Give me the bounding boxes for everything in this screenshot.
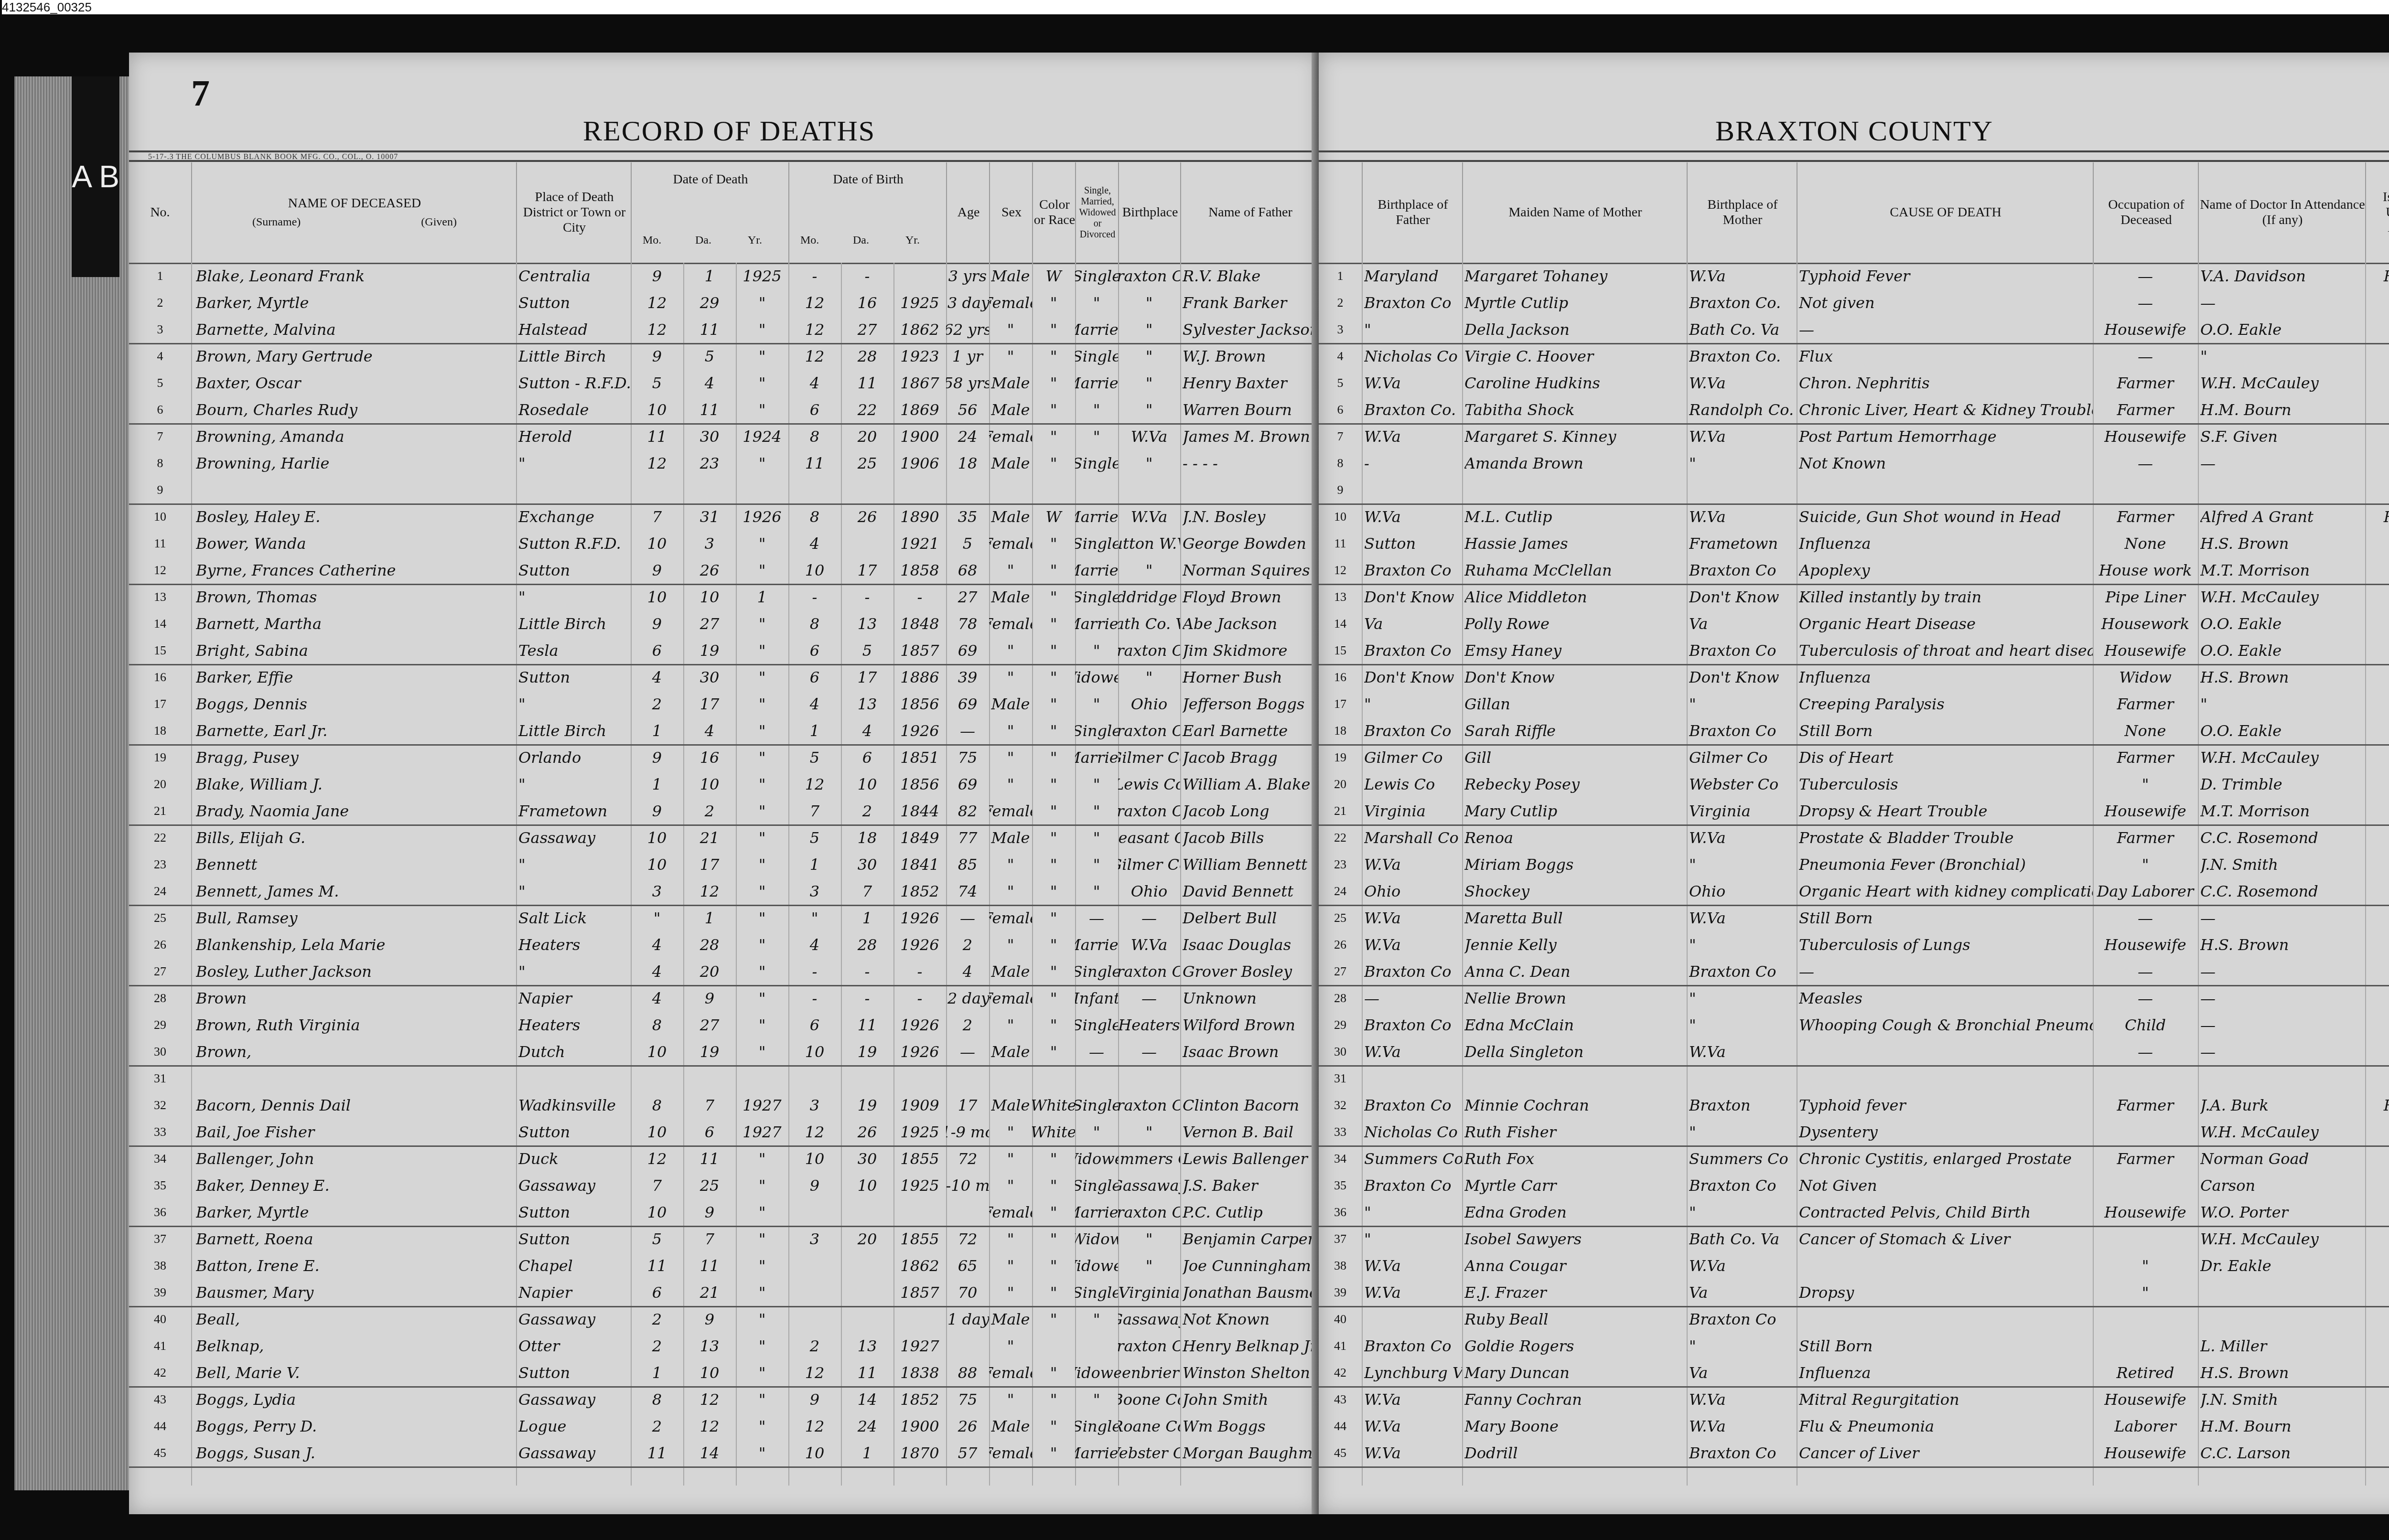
- cell-bm: [788, 1065, 841, 1092]
- cell-occ: [2093, 1333, 2198, 1359]
- cell-informant: ": [2365, 584, 2389, 610]
- cell-bm: 12: [788, 1413, 841, 1440]
- top-rule-2: [1319, 160, 2389, 162]
- cell-mother-bp: Gilmer Co: [1689, 744, 1797, 771]
- cell-mother: Alice Middleton: [1464, 584, 1687, 610]
- cell-name: Brown, Ruth Virginia: [196, 1012, 516, 1038]
- cell-cause: Flu & Pneumonia: [1799, 1413, 2093, 1440]
- cell-place: Sutton - R.F.D.: [518, 370, 631, 396]
- cell-bm: 11: [788, 450, 841, 477]
- cell-father: Jonathan Bausmer: [1183, 1279, 1319, 1306]
- cell-occ: —: [2093, 450, 2198, 477]
- left-record-row: 7Browning, AmandaHerold11301924820190024…: [129, 423, 1319, 450]
- cell-dy: 1927: [736, 1119, 788, 1145]
- cell-sex: Female: [989, 1199, 1032, 1226]
- cell-age: 39: [946, 664, 989, 691]
- cell-father-bp: Lynchburg Va: [1364, 1359, 1462, 1386]
- cell-sex: ": [989, 851, 1032, 878]
- cell-informant: ": [2365, 851, 2389, 878]
- cell-doctor: D. Trimble: [2200, 771, 2365, 798]
- cell-marital: ": [1075, 396, 1118, 423]
- cell-doctor: L. Miller: [2200, 1333, 2365, 1359]
- cell-dm: 4: [631, 958, 683, 985]
- cell-mother-bp: ": [1689, 1119, 1797, 1145]
- left-record-row: 12Byrne, Frances CatherineSutton926"1017…: [129, 557, 1319, 585]
- cell-dd: 4: [683, 717, 736, 744]
- left-record-row: 15Bright, SabinaTesla619"65185769"""Brax…: [129, 637, 1319, 665]
- cell-no: 26: [129, 931, 191, 958]
- cell-age: 69: [946, 691, 989, 717]
- cell-cause: Flux: [1799, 343, 2093, 370]
- cell-bm: 12: [788, 1119, 841, 1145]
- cell-place: Herold: [518, 423, 631, 450]
- left-record-row: 6Bourn, Charles RudyRosedale1011"6221869…: [129, 396, 1319, 425]
- cell-age: 77: [946, 824, 989, 851]
- cell-informant: ": [2365, 1226, 2389, 1252]
- header-name-label: NAME OF DECEASED: [288, 196, 421, 211]
- cell-dd: 25: [683, 1172, 736, 1199]
- cell-mother: E.J. Frazer: [1464, 1279, 1687, 1306]
- header-place: Place of Death District or Town or City: [516, 162, 632, 263]
- header-surname: (Surname): [252, 216, 301, 229]
- cell-no: 43: [129, 1386, 191, 1413]
- cell-bd: 11: [841, 370, 893, 396]
- cell-mother-bp: W.Va: [1689, 1038, 1797, 1065]
- cell-bp: W.Va: [1118, 931, 1180, 958]
- cell-bd: 18: [841, 824, 893, 851]
- cell-occ: Housewife: [2093, 1440, 2198, 1466]
- cell-occ: Housewife: [2093, 423, 2198, 450]
- cell-father-bp: Don't Know: [1364, 584, 1462, 610]
- cell-father-bp: Braxton Co: [1364, 717, 1462, 744]
- cell-no: 18: [1319, 717, 1362, 744]
- cell-dm: 7: [631, 503, 683, 530]
- cell-no: 17: [1319, 691, 1362, 717]
- cell-dd: 5: [683, 343, 736, 370]
- cell-cause: Measles: [1799, 985, 2093, 1012]
- cell-no: 32: [129, 1092, 191, 1119]
- cell-sex: ": [989, 771, 1032, 798]
- cell-cause: Dis of Heart: [1799, 744, 2093, 771]
- cell-no: 37: [129, 1226, 191, 1252]
- cell-by: 1921: [893, 530, 946, 557]
- cell-father: Isaac Douglas: [1183, 931, 1319, 958]
- cell-dy: ": [736, 1440, 788, 1466]
- cell-doctor: H.S. Brown: [2200, 664, 2365, 691]
- cell-marital: Widow: [1075, 1226, 1118, 1252]
- cell-by: 1925: [893, 1119, 946, 1145]
- cell-cause: Apoplexy: [1799, 557, 2093, 584]
- cell-bp: Braxton Co: [1118, 1333, 1180, 1359]
- cell-race: ": [1032, 771, 1075, 798]
- cell-age: 75: [946, 1386, 989, 1413]
- left-record-row: 20Blake, William J."110"1210185669"""Lew…: [129, 771, 1319, 798]
- cell-father: Wilford Brown: [1183, 1012, 1319, 1038]
- left-record-row: 32Bacorn, Dennis DailWadkinsville8719273…: [129, 1092, 1319, 1119]
- cell-mother: Ruth Fox: [1464, 1145, 1687, 1172]
- cell-bp: Webster Co: [1118, 1440, 1180, 1466]
- cell-no: 38: [1319, 1252, 1362, 1279]
- cell-age: 13 days: [946, 289, 989, 316]
- cell-bm: 8: [788, 503, 841, 530]
- cell-doctor: O.O. Eakle: [2200, 637, 2365, 664]
- right-record-row: 21VirginiaMary CutlipVirginiaDropsy & He…: [1319, 798, 2389, 826]
- cell-sex: Female: [989, 905, 1032, 931]
- cell-cause: Cancer of Stomach & Liver: [1799, 1226, 2093, 1252]
- left-record-row: 5Baxter, OscarSutton - R.F.D.54"41118675…: [129, 370, 1319, 396]
- cell-bd: -: [841, 263, 893, 289]
- cell-cause: Influenza: [1799, 530, 2093, 557]
- cell-mother: Margaret S. Kinney: [1464, 423, 1687, 450]
- cell-bp: Greenbrier Co: [1118, 1359, 1180, 1386]
- cell-dy: [736, 477, 788, 503]
- cell-cause: Whooping Cough & Bronchial Pneumonia: [1799, 1012, 2093, 1038]
- cell-bm: 6: [788, 1012, 841, 1038]
- cell-father-bp: Braxton Co: [1364, 1092, 1462, 1119]
- cell-occ: —: [2093, 263, 2198, 289]
- right-record-row: 7W.VaMargaret S. KinneyW.VaPost Partum H…: [1319, 423, 2389, 450]
- cell-name: Barnette, Malvina: [196, 316, 516, 343]
- cell-no: 1: [129, 263, 191, 289]
- cell-mother: Miriam Boggs: [1464, 851, 1687, 878]
- cell-name: Baxter, Oscar: [196, 370, 516, 396]
- left-record-row: 34Ballenger, JohnDuck1211"1030185572""Wi…: [129, 1145, 1319, 1172]
- cell-by: 1925: [893, 1172, 946, 1199]
- left-record-row: 21Brady, Naomia JaneFrametown92"72184482…: [129, 798, 1319, 826]
- cell-dm: 1: [631, 1359, 683, 1386]
- cell-dy: ": [736, 1145, 788, 1172]
- cell-place: Logue: [518, 1413, 631, 1440]
- left-record-row: 41Belknap,Otter213"2131927"Braxton CoHen…: [129, 1333, 1319, 1359]
- cell-sex: Female: [989, 289, 1032, 316]
- cell-dy: 1927: [736, 1092, 788, 1119]
- cell-name: Baker, Denney E.: [196, 1172, 516, 1199]
- cell-no: 23: [1319, 851, 1362, 878]
- cell-age: [946, 477, 989, 503]
- cell-bm: 7: [788, 798, 841, 824]
- cell-bd: 10: [841, 1172, 893, 1199]
- header-mother-birthplace: Birthplace of Mother: [1687, 162, 1797, 263]
- cell-bm: 3: [788, 1226, 841, 1252]
- cell-dd: 20: [683, 958, 736, 985]
- cell-no: 11: [1319, 530, 1362, 557]
- cell-sex: ": [989, 316, 1032, 343]
- cell-mother-bp: Braxton Co: [1689, 637, 1797, 664]
- cell-father: Wm Boggs: [1183, 1413, 1319, 1440]
- cell-cause: Tuberculosis: [1799, 771, 2093, 798]
- cell-mother: Polly Rowe: [1464, 610, 1687, 637]
- left-record-row: 42Bell, Marie V.Sutton110"1211183888Fema…: [129, 1359, 1319, 1388]
- cell-mother: Fanny Cochran: [1464, 1386, 1687, 1413]
- cell-cause: [1799, 1252, 2093, 1279]
- cell-dd: 17: [683, 691, 736, 717]
- right-record-row: 16Don't KnowDon't KnowDon't KnowInfluenz…: [1319, 664, 2389, 691]
- cell-father-bp: W.Va: [1364, 1386, 1462, 1413]
- cell-by: 1909: [893, 1092, 946, 1119]
- right-record-row: 28—Nellie Brown"Measles——"28: [1319, 985, 2389, 1012]
- cell-dd: 10: [683, 771, 736, 798]
- cell-dd: 7: [683, 1092, 736, 1119]
- cell-marital: Single: [1075, 343, 1118, 370]
- cell-by: 1870: [893, 1440, 946, 1466]
- cell-dy: ": [736, 1252, 788, 1279]
- cell-no: 9: [129, 477, 191, 503]
- cell-age: 57: [946, 1440, 989, 1466]
- cell-name: Bosley, Luther Jackson: [196, 958, 516, 985]
- cell-dd: 30: [683, 664, 736, 691]
- cell-no: 2: [1319, 289, 1362, 316]
- header-informant: Is Informant Doctor, Undertaker, Parent,…: [2365, 162, 2389, 263]
- cell-occ: Child: [2093, 1012, 2198, 1038]
- cell-race: ": [1032, 530, 1075, 557]
- cell-dd: 19: [683, 1038, 736, 1065]
- cell-father: R.V. Blake: [1183, 263, 1319, 289]
- cell-no: 33: [1319, 1119, 1362, 1145]
- cell-marital: ": [1075, 691, 1118, 717]
- cell-doctor: Dr. Eakle: [2200, 1252, 2365, 1279]
- cell-race: ": [1032, 1172, 1075, 1199]
- cell-place: Gassaway: [518, 1440, 631, 1466]
- cell-father: Henry Baxter: [1183, 370, 1319, 396]
- cell-dd: [683, 477, 736, 503]
- cell-by: 1857: [893, 1279, 946, 1306]
- cell-occ: Farmer: [2093, 1145, 2198, 1172]
- cell-bp: Braxton Co: [1118, 798, 1180, 824]
- cell-father-bp: [1364, 1306, 1462, 1333]
- cell-dy: ": [736, 1413, 788, 1440]
- cell-doctor: O.O. Eakle: [2200, 316, 2365, 343]
- cell-bm: 12: [788, 316, 841, 343]
- right-record-row: 1MarylandMargaret TohaneyW.VaTyphoid Fev…: [1319, 263, 2389, 289]
- left-record-row: 30Brown,Dutch1019"10191926—Male"——Isaac …: [129, 1038, 1319, 1067]
- cell-sex: Male: [989, 1038, 1032, 1065]
- cell-doctor: H.M. Bourn: [2200, 396, 2365, 423]
- cell-dy: ": [736, 1038, 788, 1065]
- right-record-row: 10W.VaM.L. CutlipW.VaSuicide, Gun Shot w…: [1319, 503, 2389, 530]
- cell-bm: -: [788, 985, 841, 1012]
- cell-dy: ": [736, 958, 788, 985]
- cell-occ: Housewife: [2093, 316, 2198, 343]
- cell-dy: [736, 1065, 788, 1092]
- cell-informant: ": [2365, 905, 2389, 931]
- cell-marital: —: [1075, 1038, 1118, 1065]
- cell-no: 29: [129, 1012, 191, 1038]
- cell-marital: ": [1075, 878, 1118, 905]
- cell-race: ": [1032, 1012, 1075, 1038]
- right-record-row: 29Braxton CoEdna McClain"Whooping Cough …: [1319, 1012, 2389, 1038]
- cell-sex: Male: [989, 1413, 1032, 1440]
- cell-no: 42: [1319, 1359, 1362, 1386]
- cell-name: Brown, Thomas: [196, 584, 516, 610]
- cell-doctor: H.S. Brown: [2200, 1359, 2365, 1386]
- cell-dm: 10: [631, 396, 683, 423]
- cell-informant: ": [2365, 557, 2389, 584]
- cell-bd: 7: [841, 878, 893, 905]
- cell-father-bp: [1364, 477, 1462, 503]
- cell-age: 69: [946, 771, 989, 798]
- cell-bm: [788, 1252, 841, 1279]
- cell-mother-bp: Randolph Co.: [1689, 396, 1797, 423]
- cell-doctor: W.H. McCauley: [2200, 370, 2365, 396]
- cell-place: Sutton: [518, 289, 631, 316]
- cell-place: Salt Lick: [518, 905, 631, 931]
- cell-dm: 6: [631, 637, 683, 664]
- right-record-row: 39W.VaE.J. FrazerVaDropsy""39: [1319, 1279, 2389, 1307]
- cell-by: -: [893, 958, 946, 985]
- cell-bd: 30: [841, 851, 893, 878]
- cell-age: 70: [946, 1279, 989, 1306]
- cell-father: Warren Bourn: [1183, 396, 1319, 423]
- header-father: Name of Father: [1180, 162, 1320, 263]
- cell-age: 68: [946, 557, 989, 584]
- cell-no: 27: [1319, 958, 1362, 985]
- cell-dd: 11: [683, 1145, 736, 1172]
- cell-mother-bp: ": [1689, 931, 1797, 958]
- cell-cause: Dropsy: [1799, 1279, 2093, 1306]
- cell-cause: Tuberculosis of Lungs: [1799, 931, 2093, 958]
- cell-bp: Braxton Co: [1118, 637, 1180, 664]
- cell-informant: ": [2365, 878, 2389, 905]
- cell-by: 1926: [893, 931, 946, 958]
- cell-bp: —: [1118, 1038, 1180, 1065]
- cell-doctor: H.M. Bourn: [2200, 1413, 2365, 1440]
- cell-marital: Single: [1075, 1172, 1118, 1199]
- cell-mother: Amanda Brown: [1464, 450, 1687, 477]
- cell-cause: Organic Heart with kidney complication: [1799, 878, 2093, 905]
- cell-dm: 1: [631, 771, 683, 798]
- cell-by: [893, 1199, 946, 1226]
- cell-occ: —: [2093, 985, 2198, 1012]
- cell-sex: ": [989, 717, 1032, 744]
- cell-place: Napier: [518, 1279, 631, 1306]
- cell-no: 14: [129, 610, 191, 637]
- cell-doctor: —: [2200, 1038, 2365, 1065]
- cell-father-bp: Braxton Co: [1364, 1012, 1462, 1038]
- cell-father-bp: ": [1364, 1226, 1462, 1252]
- cell-father-bp: ": [1364, 691, 1462, 717]
- cell-dy: ": [736, 1333, 788, 1359]
- cell-name: Brady, Naomia Jane: [196, 798, 516, 824]
- cell-dm: 10: [631, 1199, 683, 1226]
- cell-place: Exchange: [518, 503, 631, 530]
- cell-mother: Renoa: [1464, 824, 1687, 851]
- cell-mother-bp: ": [1689, 1333, 1797, 1359]
- cell-mother: Virgie C. Hoover: [1464, 343, 1687, 370]
- cell-mother: Mary Boone: [1464, 1413, 1687, 1440]
- page-title-left: RECORD OF DEATHS: [583, 115, 875, 148]
- left-record-row: 18Barnette, Earl Jr.Little Birch14"14192…: [129, 717, 1319, 746]
- cell-mother-bp: ": [1689, 985, 1797, 1012]
- left-record-row: 40Beall,Gassaway29"11 daysMale""Gassaway…: [129, 1306, 1319, 1333]
- cell-occ: ": [2093, 1252, 2198, 1279]
- cell-age: 1 yr: [946, 343, 989, 370]
- cell-dy: ": [736, 985, 788, 1012]
- left-page: 7 RECORD OF DEATHS 5-17-.3 THE COLUMBUS …: [129, 53, 1319, 1514]
- cell-mother-bp: ": [1689, 1199, 1797, 1226]
- cell-by: 1900: [893, 423, 946, 450]
- right-record-row: 17"Gillan"Creeping ParalysisFarmer""17: [1319, 691, 2389, 717]
- cell-bp: Doddridge Co: [1118, 584, 1180, 610]
- top-rule: [1319, 150, 2389, 152]
- left-record-row: 28BrownNapier49"---12 daysFemale"Infant—…: [129, 985, 1319, 1012]
- cell-dm: 2: [631, 1413, 683, 1440]
- cell-bp: Gassaway: [1118, 1306, 1180, 1333]
- cell-mother-bp: W.Va: [1689, 905, 1797, 931]
- cell-marital: Married: [1075, 1199, 1118, 1226]
- cell-age: 75: [946, 744, 989, 771]
- cell-bp: ": [1118, 370, 1180, 396]
- cell-mother: Shockey: [1464, 878, 1687, 905]
- cell-no: 6: [1319, 396, 1362, 423]
- cell-dm: 4: [631, 931, 683, 958]
- cell-mother: Minnie Cochran: [1464, 1092, 1687, 1119]
- cell-father-bp: Braxton Co: [1364, 289, 1462, 316]
- cell-occ: [2093, 1065, 2198, 1092]
- cell-no: 43: [1319, 1386, 1362, 1413]
- cell-dy: ": [736, 1172, 788, 1199]
- cell-informant: ": [2365, 985, 2389, 1012]
- cell-age: 26: [946, 1413, 989, 1440]
- right-record-row: 23W.VaMiriam Boggs"Pneumonia Fever (Bron…: [1319, 851, 2389, 878]
- cell-age: [946, 1065, 989, 1092]
- cell-by: 1856: [893, 691, 946, 717]
- cell-name: Byrne, Frances Catherine: [196, 557, 516, 584]
- left-record-row: 8Browning, Harlie"1223"1125190618Male"Si…: [129, 450, 1319, 477]
- cell-bp: Roane Co: [1118, 1413, 1180, 1440]
- cell-bp: Ohio: [1118, 691, 1180, 717]
- cell-informant: Registrar: [2365, 503, 2389, 530]
- cell-mother: Myrtle Cutlip: [1464, 289, 1687, 316]
- cell-dd: 28: [683, 931, 736, 958]
- cell-dm: 2: [631, 1333, 683, 1359]
- cell-mother-bp: Va: [1689, 610, 1797, 637]
- cell-informant: ": [2365, 824, 2389, 851]
- cell-father-bp: Summers Co: [1364, 1145, 1462, 1172]
- cell-doctor: V.A. Davidson: [2200, 263, 2365, 289]
- cell-age: 82: [946, 798, 989, 824]
- cell-name: Brown, Mary Gertrude: [196, 343, 516, 370]
- cell-sex: [989, 477, 1032, 503]
- cell-cause: Still Born: [1799, 905, 2093, 931]
- cell-age: 72: [946, 1145, 989, 1172]
- cell-no: 12: [1319, 557, 1362, 584]
- cell-father: W.J. Brown: [1183, 343, 1319, 370]
- right-record-row: 43W.VaFanny CochranW.VaMitral Regurgitat…: [1319, 1386, 2389, 1413]
- cell-name: Barnett, Roena: [196, 1226, 516, 1252]
- cell-cause: —: [1799, 958, 2093, 985]
- cell-name: Bell, Marie V.: [196, 1359, 516, 1386]
- cell-by: 1848: [893, 610, 946, 637]
- cell-informant: ": [2365, 691, 2389, 717]
- right-record-row: 45W.VaDodrillBraxton CoCancer of LiverHo…: [1319, 1440, 2389, 1468]
- cell-doctor: Alfred A Grant: [2200, 503, 2365, 530]
- cell-place: Napier: [518, 985, 631, 1012]
- cell-bp: Boone Co: [1118, 1386, 1180, 1413]
- cell-name: Boggs, Susan J.: [196, 1440, 516, 1466]
- cell-father-bp: Braxton Co: [1364, 958, 1462, 985]
- cell-by: 1867: [893, 370, 946, 396]
- top-rule: [129, 150, 1319, 152]
- cell-dm: 2: [631, 691, 683, 717]
- cell-occ: Farmer: [2093, 370, 2198, 396]
- cell-father: J.N. Bosley: [1183, 503, 1319, 530]
- left-record-row: 35Baker, Denney E.Gassaway725"91019251-1…: [129, 1172, 1319, 1199]
- cell-marital: ": [1075, 1306, 1118, 1333]
- cell-informant: ": [2365, 664, 2389, 691]
- cell-no: 39: [1319, 1279, 1362, 1306]
- cell-race: ": [1032, 316, 1075, 343]
- cell-bd: 13: [841, 610, 893, 637]
